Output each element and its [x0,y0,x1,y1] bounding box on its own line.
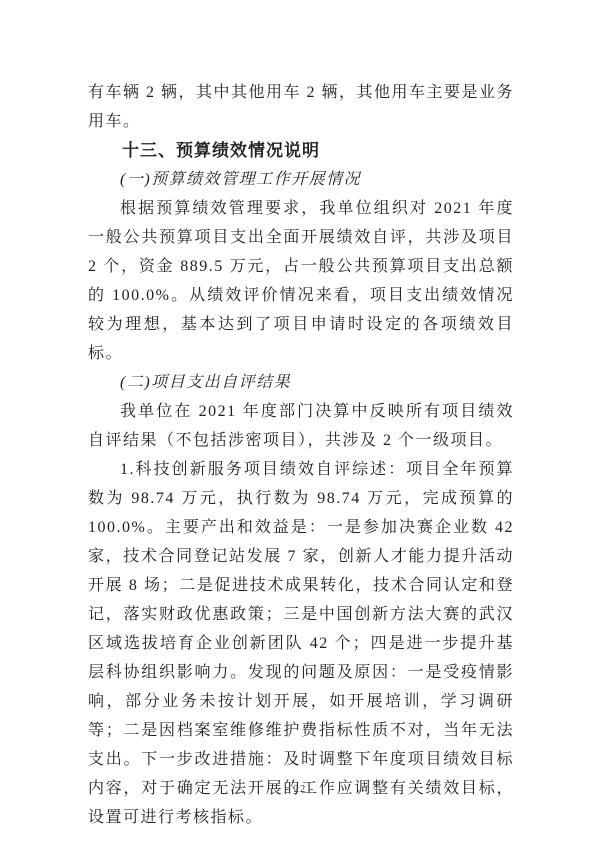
paragraph-self-evaluation-intro: 我单位在 2021 年度部门决算中反映所有项目绩效自评结果（不包括涉密项目），共… [88,397,514,455]
subsection-heading-2: (二)项目支出自评结果 [88,368,514,397]
subsection-heading-1: (一)预算绩效管理工作开展情况 [88,165,514,194]
paragraph-budget-performance-overview: 根据预算绩效管理要求，我单位组织对 2021 年度一般公共预算项目支出全面开展绩… [88,194,514,368]
section-heading-13: 十三、预算绩效情况说明 [88,136,514,165]
paragraph-vehicles-continuation: 有车辆 2 辆，其中其他用车 2 辆，其他用车主要是业务用车。 [88,78,514,136]
paragraph-project1-evaluation: 1.科技创新服务项目绩效自评综述：项目全年预算数为 98.74 万元，执行数为 … [88,455,514,832]
document-page: 有车辆 2 辆，其中其他用车 2 辆，其他用车主要是业务用车。 十三、预算绩效情… [0,0,600,848]
document-body: 有车辆 2 辆，其中其他用车 2 辆，其他用车主要是业务用车。 十三、预算绩效情… [88,78,514,832]
page-number: - 22 - [0,784,600,795]
